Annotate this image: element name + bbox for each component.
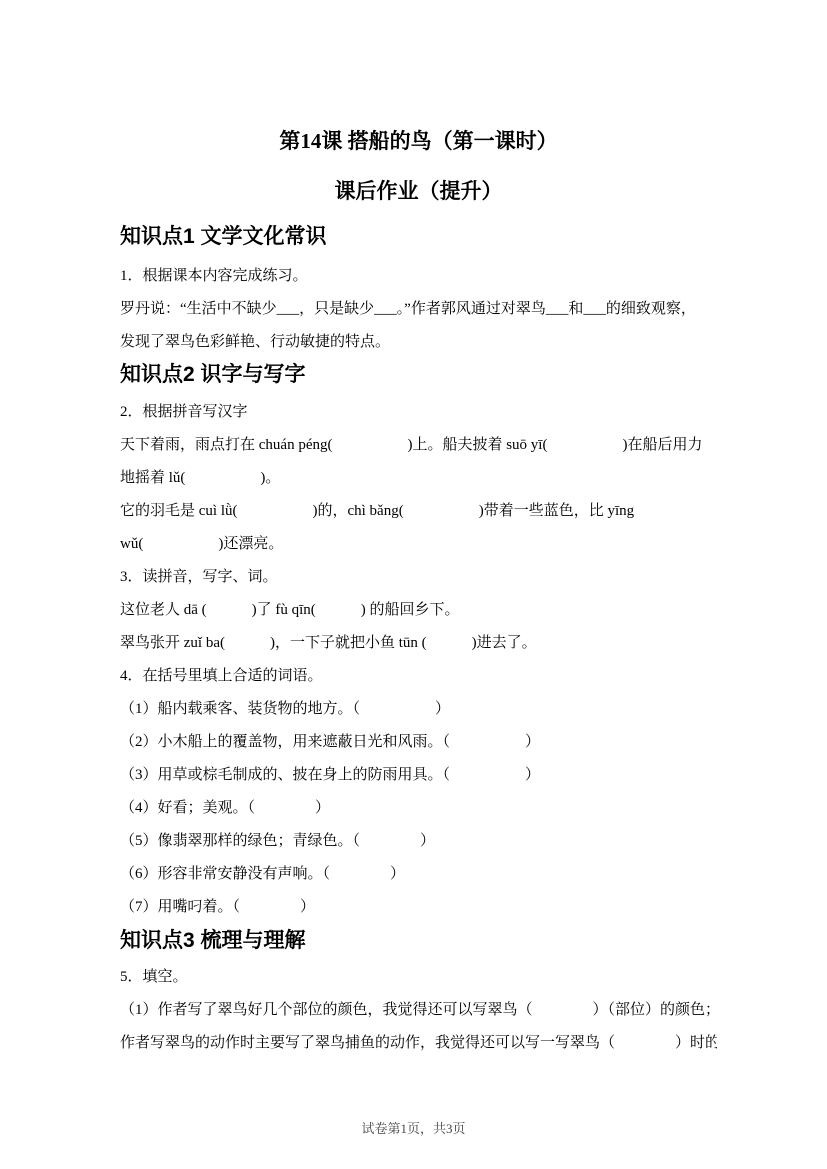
- section-body-3: 5．填空。 （1）作者写了翠鸟好几个部位的颜色，我觉得还可以写翠鸟（ ）（部位）…: [120, 961, 717, 1060]
- text-line: 这位老人 dā ( )了 fù qīn( ) 的船回乡下。: [120, 594, 717, 627]
- section-heading-knowledge-point-3: 知识点3 梳理与理解: [120, 927, 717, 954]
- page-footer: 试卷第1页，共3页: [0, 1118, 827, 1137]
- section-heading-knowledge-point-2: 知识点2 识字与写字: [120, 361, 717, 388]
- text-line: （4）好看；美观。（ ）: [120, 792, 717, 825]
- text-line: 发现了翠鸟色彩鲜艳、行动敏捷的特点。: [120, 326, 717, 359]
- text-line: （7）用嘴叼着。（ ）: [120, 891, 717, 924]
- section-body-2: 2．根据拼音写汉字 天下着雨，雨点打在 chuán péng( )上。船夫披着 …: [120, 396, 717, 924]
- text-line: （1）船内载乘客、装货物的地方。（ ）: [120, 693, 717, 726]
- text-line: wǔ( )还漂亮。: [120, 528, 717, 561]
- page-title: 第14课 搭船的鸟（第一课时）: [120, 128, 717, 154]
- section-body-1: 1．根据课本内容完成练习。 罗丹说：“生活中不缺少___，只是缺少___。”作者…: [120, 260, 717, 359]
- text-line: 3．读拼音，写字、词。: [120, 561, 717, 594]
- text-line: （2）小木船上的覆盖物，用来遮蔽日光和风雨。（ ）: [120, 726, 717, 759]
- text-line: 1．根据课本内容完成练习。: [120, 260, 717, 293]
- text-line: （1）作者写了翠鸟好几个部位的颜色，我觉得还可以写翠鸟（ ）（部位）的颜色；: [120, 994, 717, 1027]
- text-line: 作者写翠鸟的动作时主要写了翠鸟捕鱼的动作，我觉得还可以写一写翠鸟（ ）时的: [120, 1027, 717, 1060]
- text-line: 地摇着 lǔ( )。: [120, 462, 717, 495]
- worksheet-page: 第14课 搭船的鸟（第一课时） 课后作业（提升） 知识点1 文学文化常识 1．根…: [0, 0, 827, 1060]
- text-line: 4．在括号里填上合适的词语。: [120, 660, 717, 693]
- text-line: 翠鸟张开 zuǐ ba( )，一下子就把小鱼 tūn ( )进去了。: [120, 627, 717, 660]
- section-heading-knowledge-point-1: 知识点1 文学文化常识: [120, 223, 717, 250]
- text-line: 天下着雨，雨点打在 chuán péng( )上。船夫披着 suō yī( )在…: [120, 429, 717, 462]
- text-line: 2．根据拼音写汉字: [120, 396, 717, 429]
- text-line: 它的羽毛是 cuì lǜ( )的，chì bǎng( )带着一些蓝色，比 yīn…: [120, 495, 717, 528]
- text-line: （6）形容非常安静没有声响。（ ）: [120, 858, 717, 891]
- text-line: （5）像翡翠那样的绿色；青绿色。（ ）: [120, 825, 717, 858]
- text-line: 罗丹说：“生活中不缺少___，只是缺少___。”作者郭风通过对翠鸟___和___…: [120, 293, 717, 326]
- text-line: 5．填空。: [120, 961, 717, 994]
- page-subtitle: 课后作业（提升）: [120, 178, 717, 204]
- text-line: （3）用草或棕毛制成的、披在身上的防雨用具。（ ）: [120, 759, 717, 792]
